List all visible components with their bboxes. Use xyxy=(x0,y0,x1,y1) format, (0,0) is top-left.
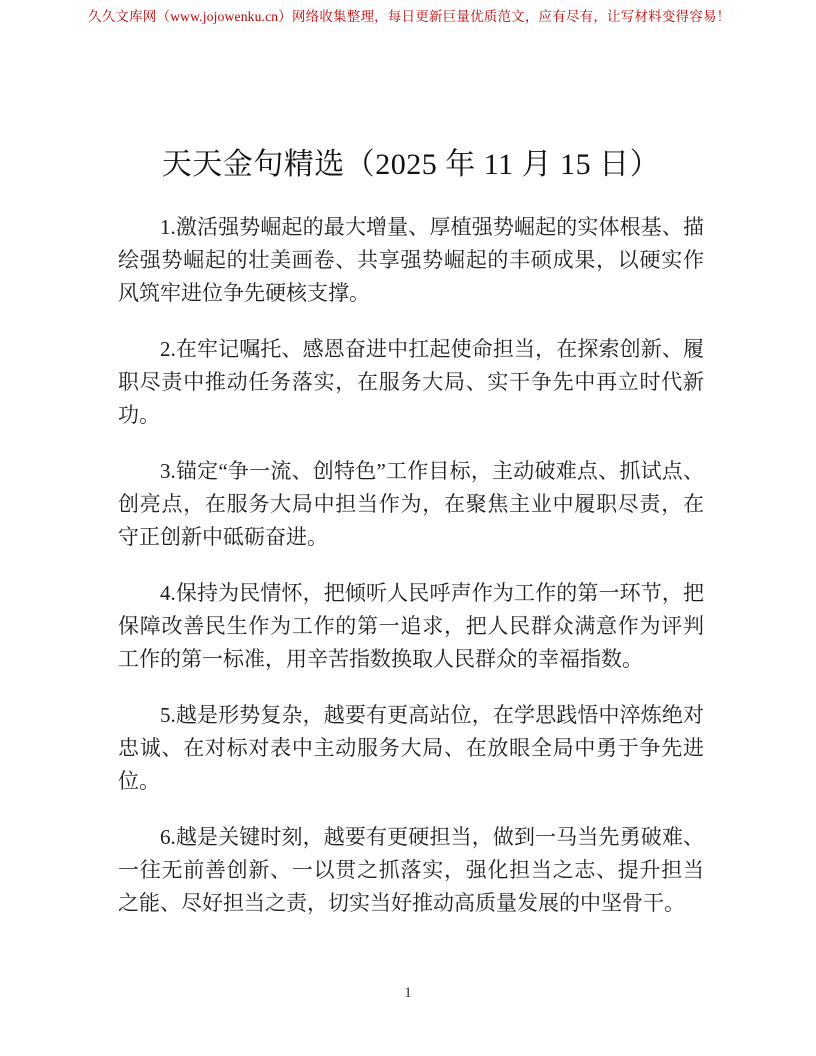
paragraph-6: 6.越是关键时刻，越要有更硬担当，做到一马当先勇破难、一往无前善创新、一以贯之抓… xyxy=(118,821,704,920)
document-page: 久久文库网（www.jojowenku.cn）网络收集整理，每日更新巨量优质范文… xyxy=(0,0,816,1056)
paragraph-1: 1.激活强势崛起的最大增量、厚植强势崛起的实体根基、描绘强势崛起的壮美画卷、共享… xyxy=(118,211,704,310)
paragraph-3: 3.锚定“争一流、创特色”工作目标，主动破难点、抓试点、创亮点，在服务大局中担当… xyxy=(118,455,704,554)
document-title: 天天金句精选（2025 年 11 月 15 日） xyxy=(118,146,704,184)
document-body: 天天金句精选（2025 年 11 月 15 日） 1.激活强势崛起的最大增量、厚… xyxy=(118,146,704,920)
paragraph-4: 4.保持为民情怀，把倾听人民呼声作为工作的第一环节，把保障改善民生作为工作的第一… xyxy=(118,577,704,676)
paragraph-5: 5.越是形势复杂，越要有更高站位，在学思践悟中淬炼绝对忠诚、在对标对表中主动服务… xyxy=(118,699,704,798)
page-number: 1 xyxy=(0,983,816,1003)
copyright-header: 久久文库网（www.jojowenku.cn）网络收集整理，每日更新巨量优质范文… xyxy=(88,7,732,26)
paragraph-2: 2.在牢记嘱托、感恩奋进中扛起使命担当，在探索创新、履职尽责中推动任务落实，在服… xyxy=(118,333,704,432)
